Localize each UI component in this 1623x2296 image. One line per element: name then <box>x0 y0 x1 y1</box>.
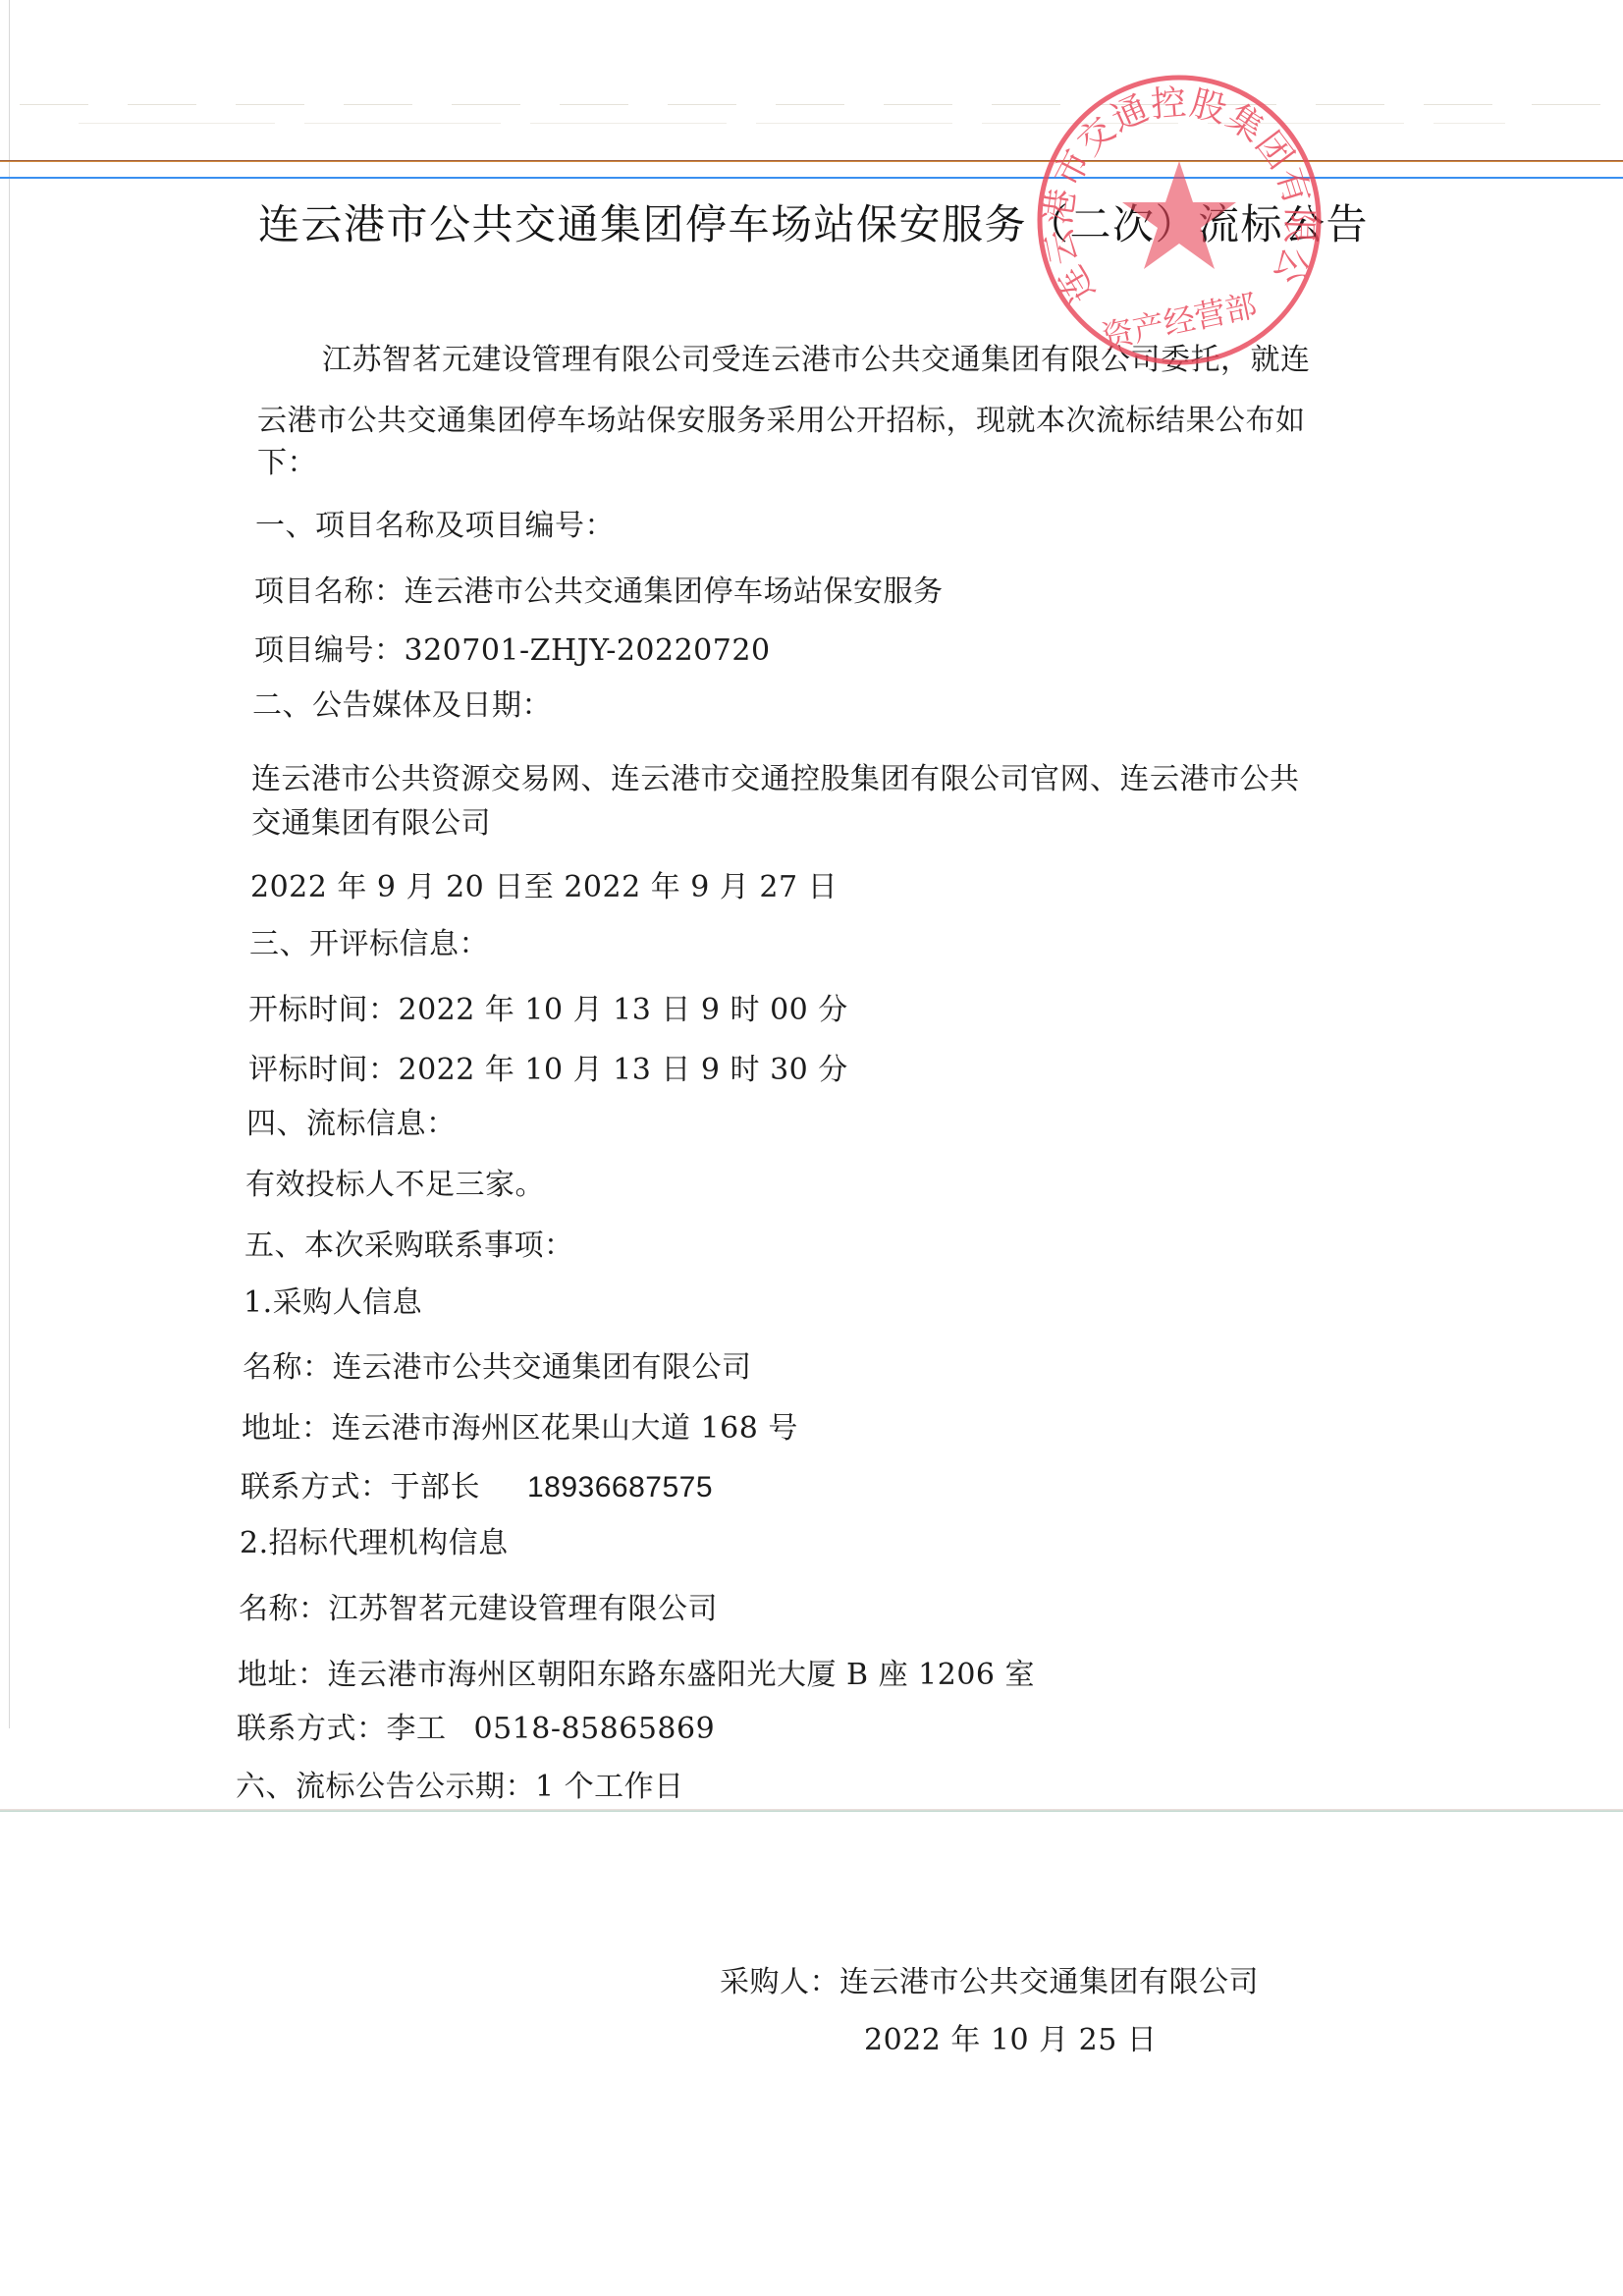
purchaser-name: 名称：连云港市公共交通集团有限公司 <box>243 1342 752 1386</box>
section-4-heading: 四、流标信息： <box>246 1099 457 1142</box>
header-rule-orange <box>0 160 1623 162</box>
agency-address: 地址：连云港市海州区朝阳东路东盛阳光大厦 B 座 1206 室 <box>238 1650 1035 1693</box>
bid-evaluation-time: 评标时间：2022 年 10 月 13 日 9 时 30 分 <box>248 1045 848 1088</box>
purchaser-contact-phone: 18936687575 <box>527 1471 713 1503</box>
section-2-heading: 二、公告媒体及日期： <box>252 681 552 724</box>
document-page: 连云港市公共交通集团停车场站保安服务（二次）流标公告 江苏智茗元建设管理有限公司… <box>0 0 1623 2296</box>
agency-contact-label: 联系方式：李工 <box>237 1712 447 1746</box>
scan-artifact-line <box>20 104 1623 105</box>
section-3-heading: 三、开评标信息： <box>249 919 489 962</box>
bid-opening-time: 开标时间：2022 年 10 月 13 日 9 时 00 分 <box>248 985 848 1028</box>
purchaser-heading: 1.采购人信息 <box>243 1278 422 1321</box>
scan-artifact-line <box>79 123 1505 124</box>
agency-contact: 联系方式：李工0518-85865869 <box>237 1704 715 1747</box>
scan-artifact-line <box>0 1809 1623 1812</box>
agency-heading: 2.招标代理机构信息 <box>240 1518 509 1561</box>
announcement-period: 2022 年 9 月 20 日至 2022 年 9 月 27 日 <box>250 862 838 905</box>
media-line-2: 交通集团有限公司 <box>251 798 491 842</box>
signature-date: 2022 年 10 月 25 日 <box>864 2015 1157 2058</box>
intro-line-3: 下： <box>257 438 317 481</box>
intro-line-1: 江苏智茗元建设管理有限公司受连云港市公共交通集团有限公司委托，就连 <box>322 335 1311 378</box>
section-6-heading: 六、流标公告公示期：1 个工作日 <box>236 1762 684 1805</box>
purchaser-contact: 联系方式：于部长18936687575 <box>241 1462 713 1505</box>
project-number: 项目编号：320701-ZHJY-20220720 <box>254 626 771 669</box>
signature-purchaser: 采购人：连云港市公共交通集团有限公司 <box>720 1957 1259 2000</box>
section-5-heading: 五、本次采购联系事项： <box>244 1221 574 1264</box>
purchaser-contact-label: 联系方式：于部长 <box>241 1470 480 1504</box>
agency-name: 名称：江苏智茗元建设管理有限公司 <box>239 1584 718 1627</box>
document-title: 连云港市公共交通集团停车场站保安服务（二次）流标公告 <box>258 192 1369 251</box>
scan-edge-line <box>9 0 10 1728</box>
agency-contact-phone: 0518-85865869 <box>474 1712 716 1746</box>
purchaser-address: 地址：连云港市海州区花果山大道 168 号 <box>242 1403 798 1447</box>
project-name: 项目名称：连云港市公共交通集团停车场站保安服务 <box>254 567 944 610</box>
intro-line-2: 云港市公共交通集团停车场站保安服务采用公开招标，现就本次流标结果公布如 <box>257 396 1306 439</box>
media-line-1: 连云港市公共资源交易网、连云港市交通控股集团有限公司官网、连云港市公共 <box>251 754 1300 797</box>
header-rule-blue <box>0 177 1623 179</box>
failure-reason: 有效投标人不足三家。 <box>245 1160 545 1203</box>
section-1-heading: 一、项目名称及项目编号： <box>255 501 615 544</box>
